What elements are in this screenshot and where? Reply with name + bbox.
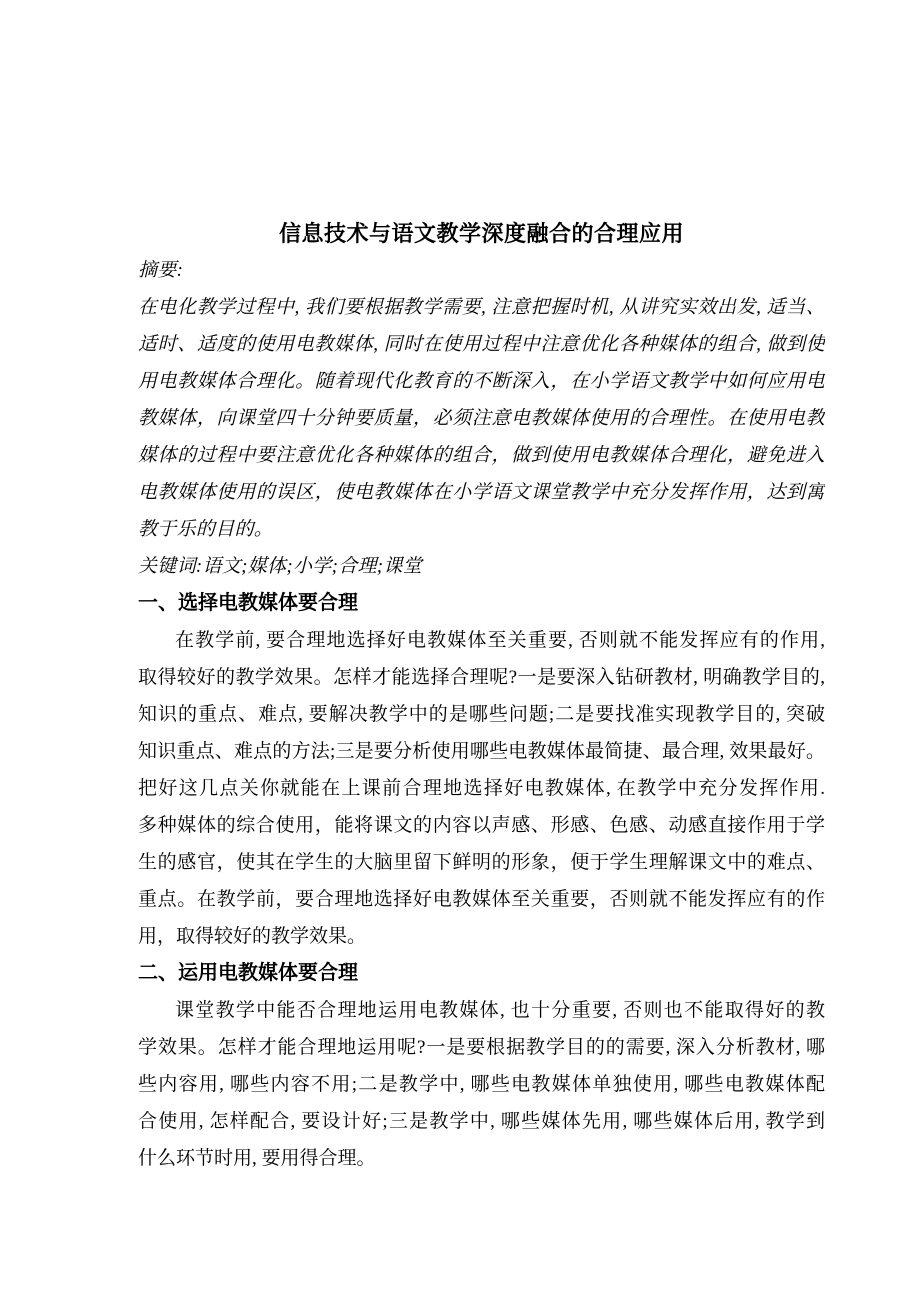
body-line: 课堂教学中能否合理地运用电教媒体, 也十分重要, 否则也不能取得好的教 bbox=[138, 992, 825, 1029]
document-body: 摘要:在电化教学过程中, 我们要根据教学需要, 注意把握时机, 从讲究实效出发,… bbox=[138, 252, 825, 1177]
body-line: 多种媒体的综合使用，能将课文的内容以声感、形感、色感、动感直接作用于学 bbox=[138, 807, 825, 844]
abstract-line: 教于乐的目的。 bbox=[138, 511, 825, 548]
body-line: 知识重点、难点的方法;三是要分析使用哪些电教媒体最简捷、最合理, 效果最好。 bbox=[138, 733, 825, 770]
abstract-label: 摘要: bbox=[138, 252, 825, 289]
abstract-line: 适时、适度的使用电教媒体, 同时在使用过程中注意优化各种媒体的组合, 做到使 bbox=[138, 326, 825, 363]
section-heading-2: 二、运用电教媒体要合理 bbox=[138, 955, 825, 992]
body-line: 学效果。怎样才能合理地运用呢?一是要根据教学目的的需要, 深入分析教材, 哪 bbox=[138, 1029, 825, 1066]
abstract-line: 在电化教学过程中, 我们要根据教学需要, 注意把握时机, 从讲究实效出发, 适当… bbox=[138, 289, 825, 326]
body-line: 什么环节时用, 要用得合理。 bbox=[138, 1140, 825, 1177]
body-line: 生的感官，使其在学生的大脑里留下鲜明的形象，便于学生理解课文中的难点、 bbox=[138, 844, 825, 881]
body-line: 些内容用, 哪些内容不用;二是教学中, 哪些电教媒体单独使用, 哪些电教媒体配 bbox=[138, 1066, 825, 1103]
body-line: 知识的重点、难点, 要解决教学中的是哪些问题;二是要找准实现教学目的, 突破 bbox=[138, 696, 825, 733]
section-heading-1: 一、选择电教媒体要合理 bbox=[138, 585, 825, 622]
abstract-line: 媒体的过程中要注意优化各种媒体的组合，做到使用电教媒体合理化，避免进入 bbox=[138, 437, 825, 474]
abstract-line: 教媒体，向课堂四十分钟要质量，必须注意电教媒体使用的合理性。在使用电教 bbox=[138, 400, 825, 437]
abstract-line: 电教媒体使用的误区，使电教媒体在小学语文课堂教学中充分发挥作用，达到寓 bbox=[138, 474, 825, 511]
keywords-line: 关键词:语文;媒体;小学;合理;课堂 bbox=[138, 548, 825, 585]
body-line: 重点。在教学前，要合理地选择好电教媒体至关重要，否则就不能发挥应有的作 bbox=[138, 881, 825, 918]
body-line: 把好这几点关你就能在上课前合理地选择好电教媒体, 在教学中充分发挥作用. bbox=[138, 770, 825, 807]
document-title: 信息技术与语文教学深度融合的合理应用 bbox=[138, 219, 825, 248]
body-line: 取得较好的教学效果。怎样才能选择合理呢?一是要深入钻研教材, 明确教学目的, bbox=[138, 659, 825, 696]
body-line: 在教学前, 要合理地选择好电教媒体至关重要, 否则就不能发挥应有的作用, bbox=[138, 622, 825, 659]
body-line: 用，取得较好的教学效果。 bbox=[138, 918, 825, 955]
document-page: 信息技术与语文教学深度融合的合理应用 摘要:在电化教学过程中, 我们要根据教学需… bbox=[0, 0, 920, 1302]
abstract-line: 用电教媒体合理化。随着现代化教育的不断深入，在小学语文教学中如何应用电 bbox=[138, 363, 825, 400]
document-text-block: 信息技术与语文教学深度融合的合理应用 摘要:在电化教学过程中, 我们要根据教学需… bbox=[138, 0, 825, 1177]
body-line: 合使用, 怎样配合, 要设计好;三是教学中, 哪些媒体先用, 哪些媒体后用, 教… bbox=[138, 1103, 825, 1140]
